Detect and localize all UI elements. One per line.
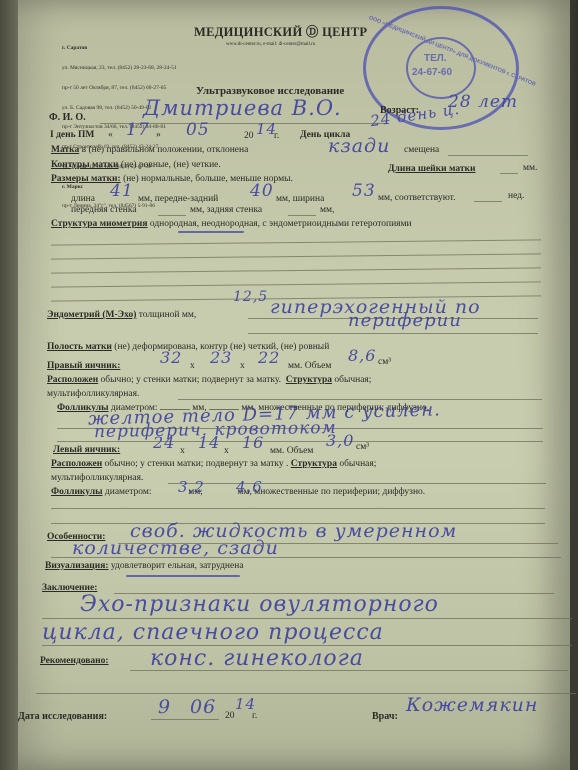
left-ovary-label: Левый яичник:	[53, 446, 120, 456]
pen-underline	[178, 231, 244, 233]
date-year-suffix: 14	[235, 697, 256, 712]
blank-line	[51, 281, 541, 287]
uterus-position-text: в (не) правильном положении, отклонена	[82, 145, 249, 155]
left-ovary-dim1: 24	[153, 435, 175, 451]
contours-row: Контуры матки (не) ровные, (не) четкие.	[51, 161, 221, 171]
lmp-quote: «	[108, 131, 113, 141]
location-label: Расположен	[51, 459, 102, 469]
left-ovary-unit: мм. Объем	[270, 447, 313, 457]
weeks-underline	[474, 201, 502, 202]
right-ovary-volume: 8,6	[348, 348, 376, 364]
times-sign: х	[180, 447, 185, 457]
weeks-unit: нед.	[508, 192, 524, 202]
width-label: мм, ширина	[276, 195, 324, 205]
myometrium-row: Структура миометрия однородная, неодноро…	[51, 220, 412, 230]
address-line: пр-т 50 лет Октября, 87, тел. (8452) 60-…	[62, 85, 177, 92]
follicles-desc: мм, множественные по периферии; диффузно…	[237, 487, 425, 497]
right-ovary-location-row: Расположен обычно; у стенки матки; подве…	[47, 376, 371, 386]
lmp-year-prefix: 20	[244, 132, 254, 142]
date-underline	[151, 719, 219, 720]
width-value: 53	[352, 183, 376, 200]
cavity-label: Полость матки	[47, 342, 112, 352]
location-text: обычно; у стенки матки; подвернут за мат…	[105, 459, 289, 469]
patient-name: Дмитриева В.О.	[143, 98, 342, 119]
ap-value: 40	[250, 183, 274, 200]
left-ovary-multifollicular: мультифолликулярная.	[51, 474, 143, 484]
multifollicular-underline	[168, 483, 546, 484]
blank-line	[51, 253, 541, 259]
clinic-name: МЕДИЦИНСКИЙ Ⓓ ЦЕНТР	[194, 26, 367, 39]
myometrium-label: Структура миометрия	[51, 219, 147, 229]
follicles-label: Фолликулы	[51, 487, 103, 497]
left-ovary-dim2: 14	[198, 435, 220, 451]
name-label: Ф. И. О.	[49, 113, 86, 123]
cavity-row: Полость матки (не) деформирована, контур…	[47, 343, 329, 353]
structure-label: Структура	[286, 375, 332, 385]
left-ovary-dim3: 16	[242, 435, 264, 451]
stamp-tel-number: 24-67-60	[412, 67, 452, 78]
doctor-label: Врач:	[372, 712, 398, 722]
length-value: 41	[110, 183, 134, 200]
endometrium-thickness: 12,5	[233, 290, 268, 304]
times-sign: х	[224, 447, 229, 457]
times-sign: х	[240, 362, 245, 372]
lmp-day: 17	[126, 122, 150, 139]
uterus-shifted-text: смещена	[404, 146, 439, 156]
date-label: Дата исследования:	[18, 712, 107, 722]
post-wall-underline	[288, 215, 316, 216]
post-wall-label: мм, задняя стенка	[190, 206, 262, 216]
doctor-signature: Кожемякин	[406, 696, 538, 715]
conclusion-line-2: цикла, спаечного процесса	[42, 622, 384, 644]
location-text: обычно; у стенки матки; подвернут за мат…	[101, 375, 281, 385]
contours-text: (не) ровные, (не) четкие.	[121, 160, 221, 170]
post-wall-unit: мм,	[320, 206, 334, 216]
blank-line	[51, 239, 541, 245]
cervix-underline	[500, 173, 518, 174]
shifted-underline	[448, 155, 528, 156]
left-ovary-location-row: Расположен обычно; у стенки матки; подве…	[51, 460, 376, 470]
right-ovary-volume-unit: см³	[378, 358, 391, 368]
recommended-value: конс. гинеколога	[150, 648, 364, 670]
address-line: г. Саратов	[62, 45, 177, 52]
lmp-label: I день ПМ	[50, 131, 94, 141]
myometrium-text: однородная, неоднородная, с эндометриоид…	[150, 219, 412, 229]
features-line-2: количестве, сзади	[72, 539, 279, 558]
visualization-text: удовлетворит ельная, затруднена	[111, 561, 244, 571]
pen-underline	[126, 575, 240, 577]
medical-form-paper: г. Саратов ул. Мясницкая, 23, тел. (8452…	[18, 0, 570, 770]
date-day: 9	[158, 698, 171, 717]
clinic-contacts: www.di-center.ru, e-mail: di-center@mail…	[226, 42, 315, 47]
uterus-position-value: кзади	[328, 137, 390, 156]
endometrium-row: Эндометрий (М-Эхо) толщиной мм,	[47, 311, 196, 321]
ap-label: мм, передне-задний	[138, 195, 218, 205]
visualization-label: Визуализация:	[45, 561, 109, 571]
endometrium-thickness-label: толщиной	[139, 310, 180, 320]
left-ovary-volume: 3,0	[326, 433, 354, 449]
date-year-unit: г.	[252, 712, 257, 722]
structure-label: Структура	[291, 459, 337, 469]
date-month: 06	[190, 698, 216, 717]
lmp-year-unit: г.	[274, 132, 279, 142]
features-underline-2	[51, 557, 561, 558]
visualization-row: Визуализация: удовлетворит ельная, затру…	[45, 562, 244, 572]
right-ovary-multifollicular: мультифолликулярная.	[47, 390, 139, 400]
blank-line	[51, 267, 541, 273]
left-follicle-1: 3,2	[178, 480, 205, 495]
structure-text: обычная;	[339, 459, 376, 469]
multifollicular-underline	[178, 399, 542, 400]
cervix-label: Длина шейки матки	[388, 165, 476, 175]
conclusion-underline-2	[42, 618, 572, 619]
times-sign: х	[190, 362, 195, 372]
ant-wall-underline	[158, 215, 186, 216]
contours-label: Контуры матки	[51, 160, 119, 170]
right-ovary-label: Правый яичник:	[47, 362, 120, 372]
note-underline-2	[57, 441, 543, 442]
right-ovary-dim1: 32	[160, 350, 182, 366]
lmp-month: 05	[186, 122, 210, 139]
structure-text: обычная;	[334, 375, 371, 385]
conclusion-line-1: Эхо-признаки овуляторного	[80, 594, 439, 616]
recommended-underline	[130, 670, 568, 671]
recommended-label: Рекомендовано:	[40, 657, 109, 667]
left-follicle-2: 4,6	[236, 480, 263, 495]
uterus-label: Матка	[51, 145, 79, 155]
right-ovary-dim3: 22	[258, 350, 280, 366]
date-year-prefix: 20	[225, 712, 235, 722]
length-label: длина	[71, 195, 95, 205]
blank-line	[51, 508, 545, 509]
lmp-quote: »	[156, 131, 161, 141]
endometrium-unit: мм,	[182, 310, 196, 320]
ant-wall-label: передняя стенка	[71, 206, 137, 216]
endometrium-desc-2: периферии	[348, 312, 462, 330]
cervix-unit: мм.	[523, 164, 537, 174]
endometrium-underline-2	[248, 333, 538, 334]
location-label: Расположен	[47, 375, 98, 385]
uterus-position-row: Матка в (не) правильном положении, откло…	[51, 146, 248, 156]
stamp-tel-label: ТЕЛ.	[424, 53, 447, 64]
correspond-text: мм, соответствуют.	[378, 194, 456, 204]
left-ovary-volume-unit: см³	[356, 443, 369, 453]
right-ovary-dim2: 23	[210, 350, 232, 366]
right-ovary-unit: мм. Объем	[288, 362, 331, 372]
endometrium-label: Эндометрий (М-Эхо)	[47, 310, 136, 320]
follicles-text: диаметром:	[105, 487, 152, 497]
address-line: ул. Мясницкая, 23, тел. (8452) 28-23-68,…	[62, 65, 177, 72]
